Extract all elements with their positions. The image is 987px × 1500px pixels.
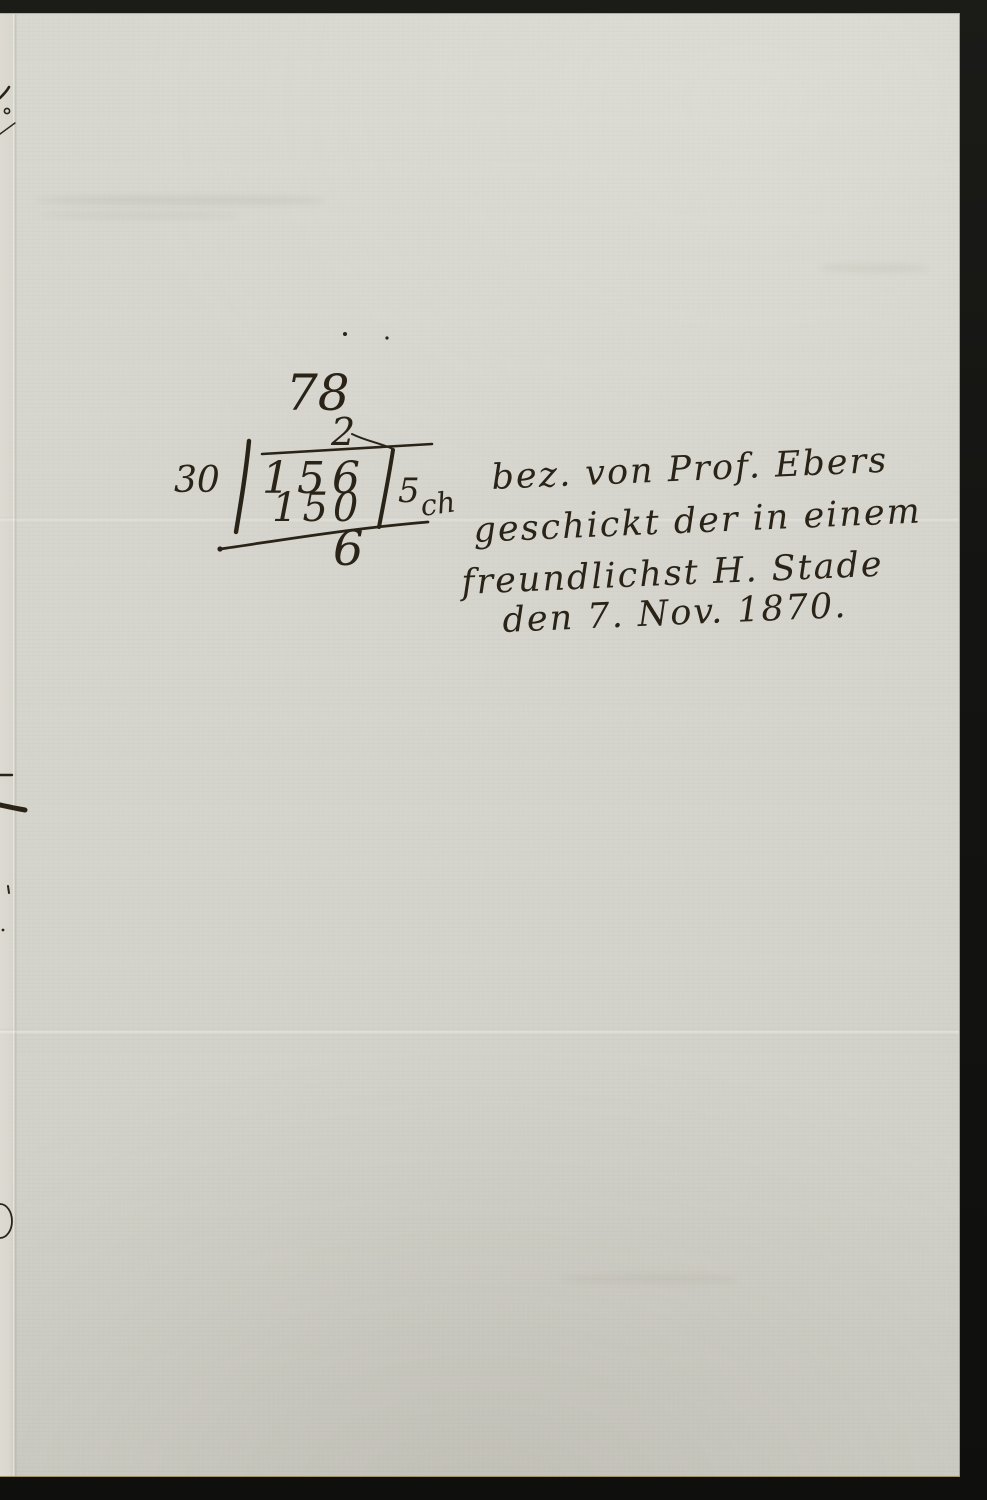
gutter-ink-mark [0,87,9,98]
gutter-ink-mark-oval [0,1204,12,1238]
handwritten-note: bez. von Prof. Ebers geschickt der in ei… [458,441,923,641]
quotient-value: 5 [398,471,420,511]
division-bar-left [236,441,249,532]
ink-dot [343,332,347,336]
divisor-value: 30 [174,460,220,501]
division-calculation: 78 2 30 156 5 ch 150 6 [174,364,458,577]
gutter-ink-marks [0,87,25,1238]
carry-below-value: 2 [330,410,355,454]
gutter-ink-mark [0,805,25,810]
handwriting-layer: 78 2 30 156 5 ch 150 6 [0,14,960,1478]
manuscript-page: 78 2 30 156 5 ch 150 6 [0,13,960,1477]
note-line-1: bez. von Prof. Ebers [491,441,889,498]
gutter-ink-mark [8,886,9,893]
division-bar-right [379,450,393,527]
remainder-value: 6 [333,521,364,577]
gutter-ink-mark [0,123,15,134]
gutter-ink-mark [4,108,9,113]
quotient-unit: ch [418,484,457,523]
ink-dot [385,336,388,339]
note-line-2: geschickt der in einem [473,491,923,551]
gutter-ink-mark [2,929,5,932]
scan-mount: 78 2 30 156 5 ch 150 6 [0,0,987,1500]
